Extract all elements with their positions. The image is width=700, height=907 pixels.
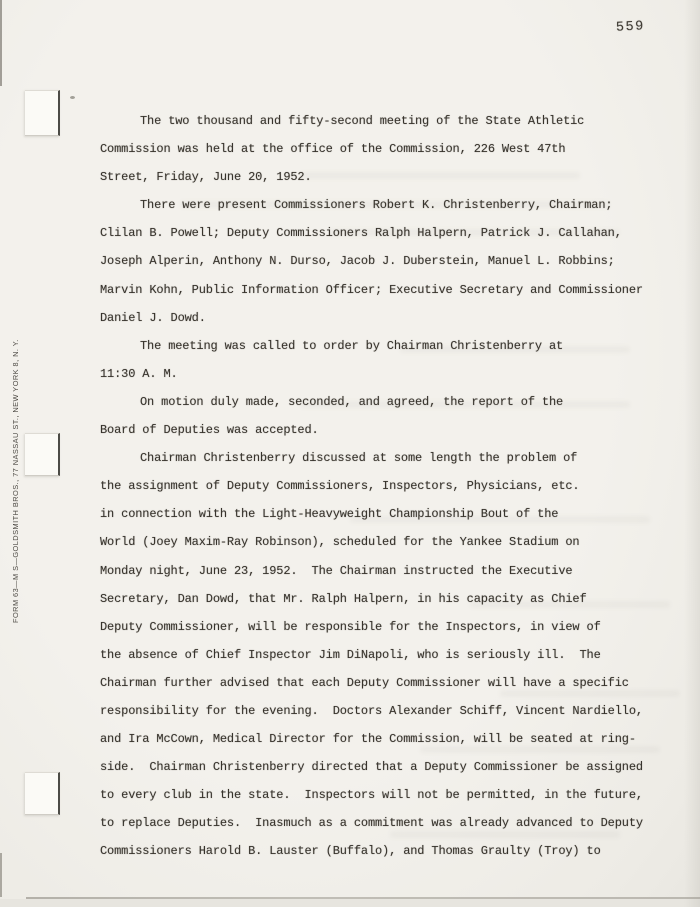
scan-edge-top	[0, 0, 700, 3]
text-line: The two thousand and fifty-second meetin…	[100, 107, 672, 135]
binder-hole	[25, 90, 60, 136]
text-line: side. Chairman Christenberry directed th…	[100, 753, 672, 781]
text-line: in connection with the Light-Heavyweight…	[100, 500, 672, 528]
scanned-page: 559 FORM 63—M S—GOLDSMITH BROS., 77 NASS…	[0, 0, 700, 907]
text-line: Deputy Commissioner, will be responsible…	[100, 613, 672, 641]
text-line: Monday night, June 23, 1952. The Chairma…	[100, 557, 672, 585]
binder-hole	[25, 433, 60, 476]
page-number: 559	[616, 19, 646, 35]
binder-hole	[25, 772, 60, 815]
text-line: Daniel J. Dowd.	[100, 304, 672, 332]
text-line: World (Joey Maxim-Ray Robinson), schedul…	[100, 528, 672, 556]
text-line: Commissioners Harold B. Lauster (Buffalo…	[100, 837, 672, 865]
text-line: the assignment of Deputy Commissioners, …	[100, 472, 672, 500]
text-line: Secretary, Dan Dowd, that Mr. Ralph Halp…	[100, 585, 672, 613]
text-line: Commission was held at the office of the…	[100, 135, 672, 163]
text-line: Chairman Christenberry discussed at some…	[100, 444, 672, 472]
text-line: responsibility for the evening. Doctors …	[100, 697, 672, 725]
scan-vignette	[684, 0, 700, 907]
ink-speck	[70, 96, 75, 99]
text-line: Joseph Alperin, Anthony N. Durso, Jacob …	[100, 247, 672, 275]
scan-edge-left-top	[0, 0, 2, 86]
scan-edge-left-bottom	[0, 853, 2, 897]
printer-stamp: FORM 63—M S—GOLDSMITH BROS., 77 NASSAU S…	[11, 339, 20, 623]
text-line: Marvin Kohn, Public Information Officer;…	[100, 276, 672, 304]
text-line: the absence of Chief Inspector Jim DiNap…	[100, 641, 672, 669]
text-line: to every club in the state. Inspectors w…	[100, 781, 672, 809]
text-line: Board of Deputies was accepted.	[100, 416, 672, 444]
scanner-bed	[0, 899, 700, 907]
text-line: 11:30 A. M.	[100, 360, 672, 388]
